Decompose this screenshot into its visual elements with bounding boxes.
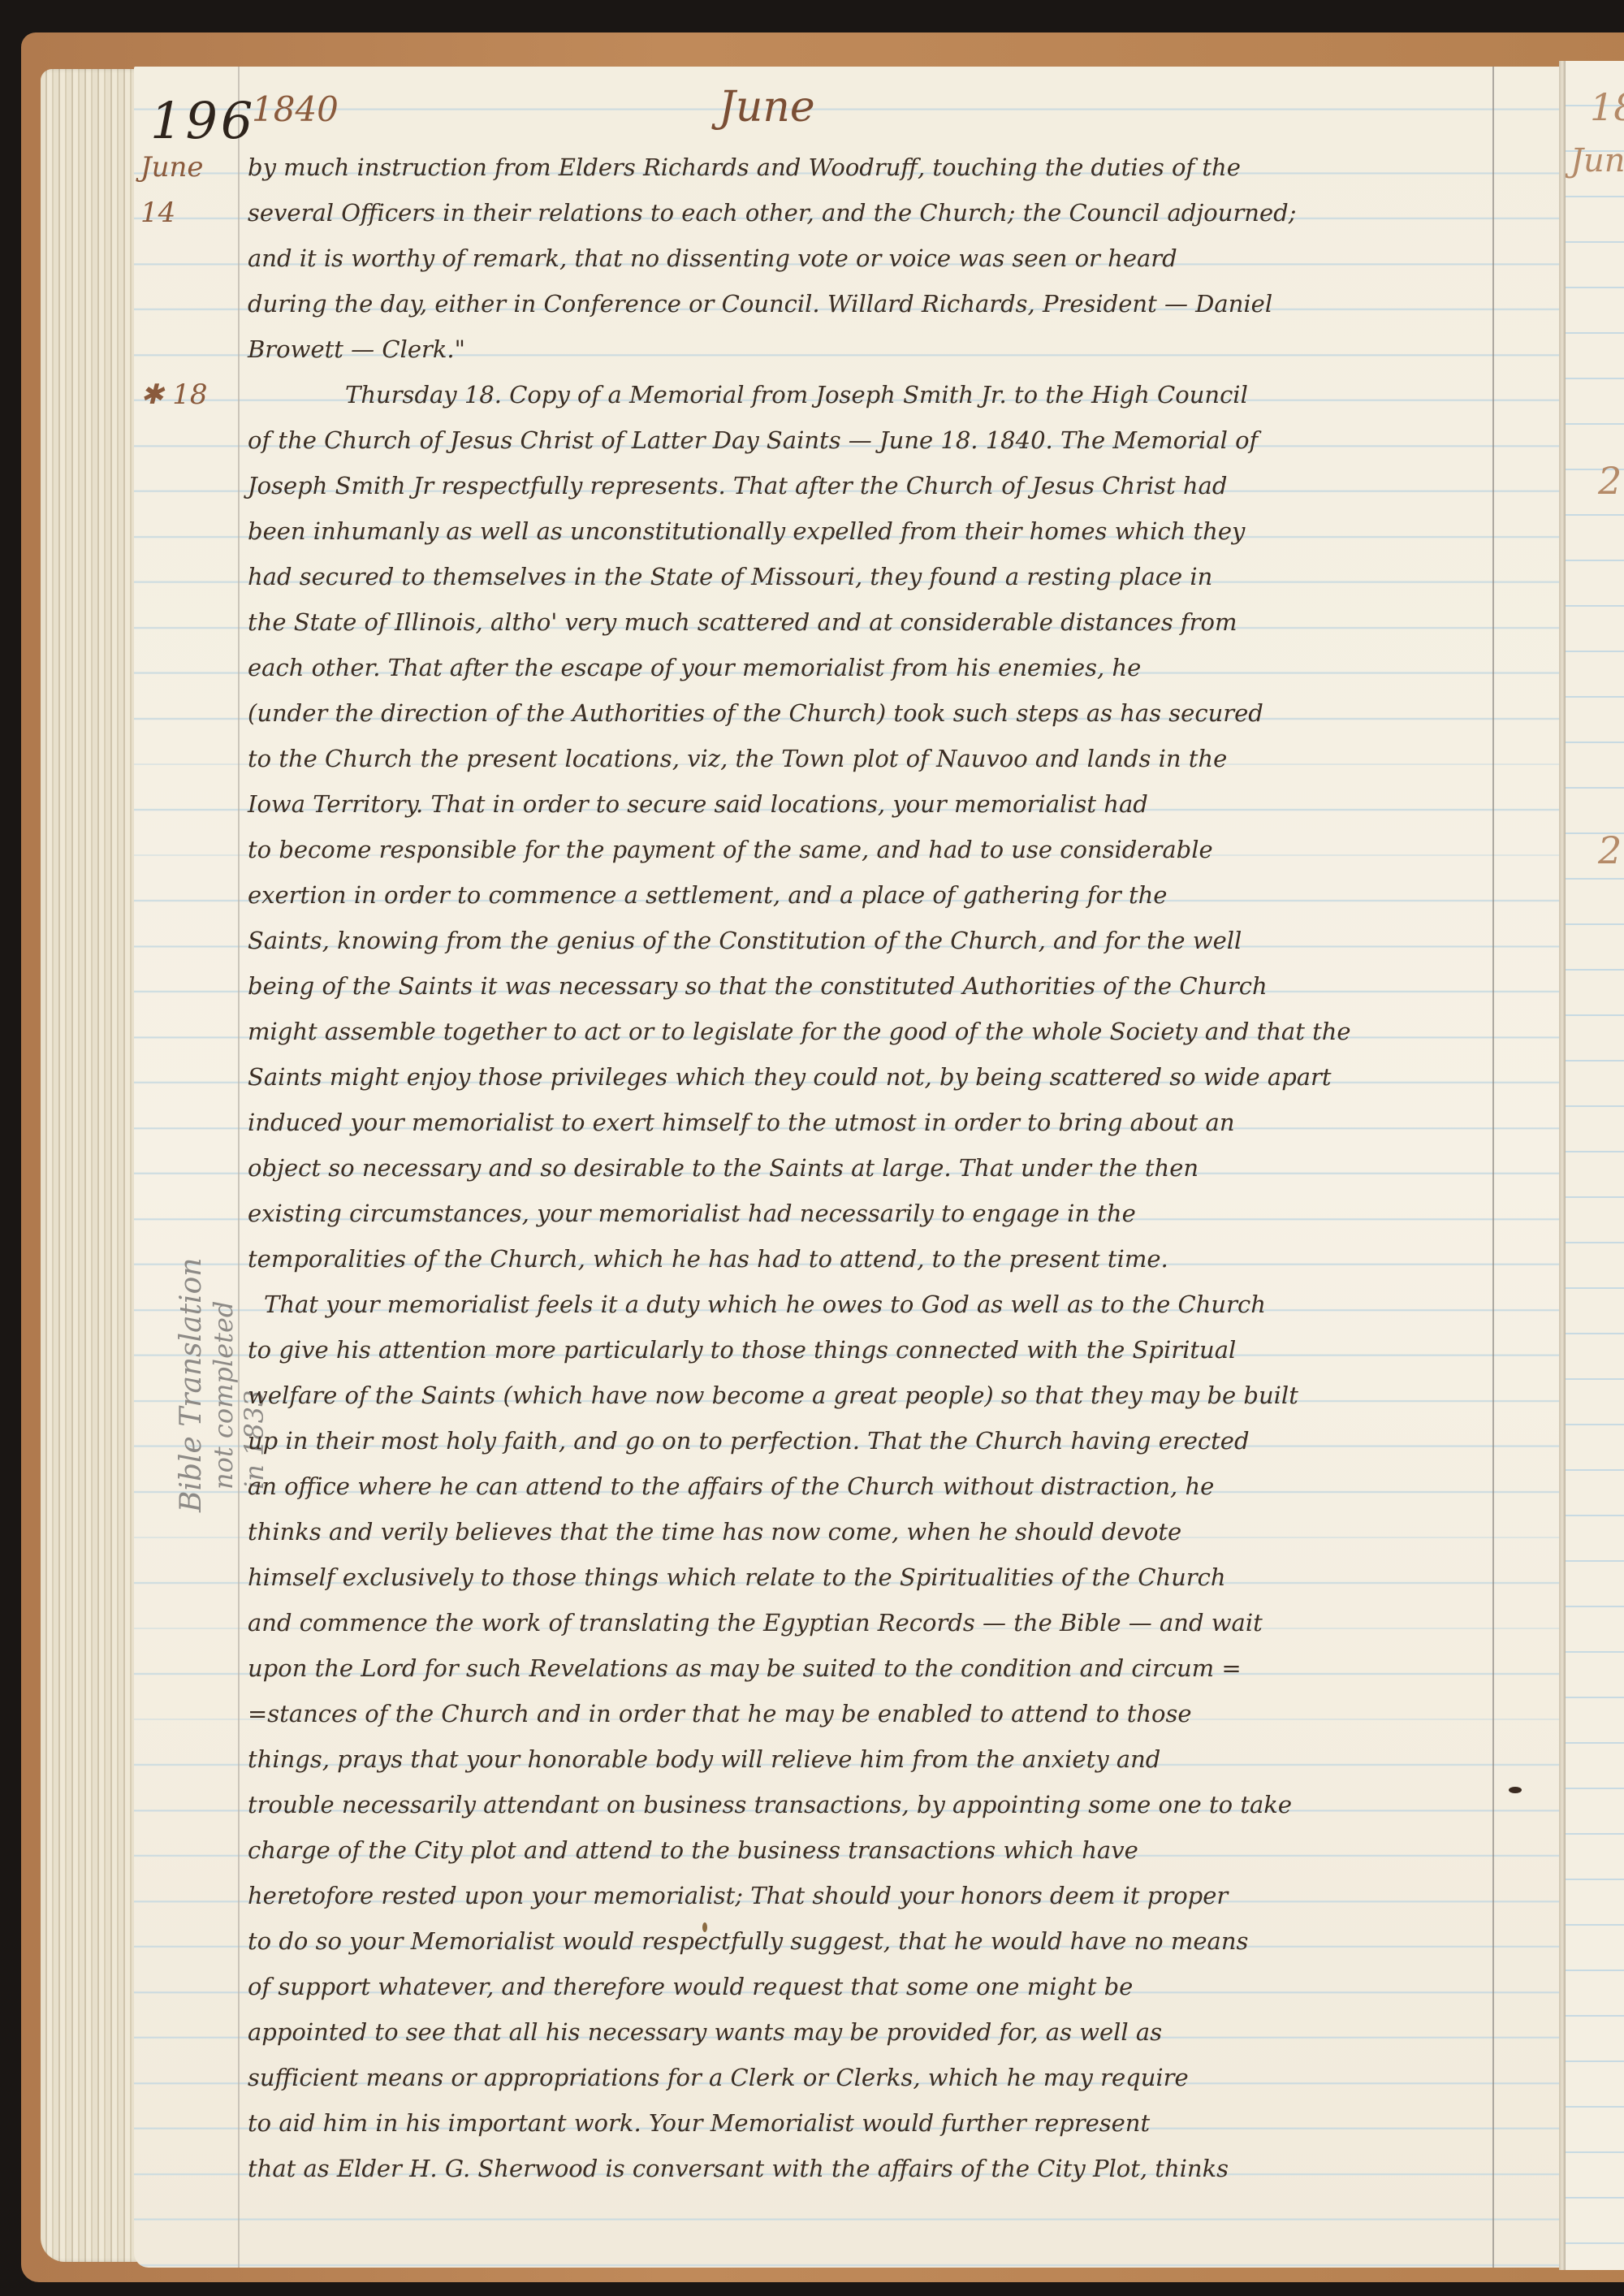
text-line: existing circumstances, your memorialist… <box>248 1191 1498 1236</box>
text-line: to do so your Memorialist would respectf… <box>248 1918 1498 1964</box>
text-line: Browett — Clerk." <box>248 326 1498 372</box>
page-gutter-fold <box>1559 61 1566 2270</box>
text-line: charge of the City plot and attend to th… <box>248 1827 1498 1873</box>
text-line: each other. That after the escape of you… <box>248 645 1498 690</box>
header-year: 1840 <box>252 89 339 129</box>
body-text: by much instruction from Elders Richards… <box>248 145 1498 2191</box>
text-line: exertion in order to commence a settleme… <box>248 872 1498 918</box>
ink-blot <box>1509 1787 1522 1793</box>
page-number: 196 <box>150 91 256 150</box>
text-line: had secured to themselves in the State o… <box>248 554 1498 599</box>
text-line: and commence the work of translating the… <box>248 1600 1498 1645</box>
pencil-annotation-line-1: Bible Translation <box>175 1258 208 1512</box>
text-line: Thursday 18. Copy of a Memorial from Jos… <box>248 372 1498 417</box>
text-line: by much instruction from Elders Richards… <box>248 145 1498 190</box>
text-line: being of the Saints it was necessary so … <box>248 963 1498 1009</box>
text-line: and it is worthy of remark, that no diss… <box>248 236 1498 281</box>
facing-page-month-fragment: June <box>1570 142 1624 179</box>
text-line: during the day, either in Conference or … <box>248 281 1498 326</box>
text-line: to aid him in his important work. Your M… <box>248 2100 1498 2146</box>
pencil-annotation-line-2: not completed <box>208 1258 239 1512</box>
text-line: of support whatever, and therefore would… <box>248 1964 1498 2009</box>
text-line: induced your memorialist to exert himsel… <box>248 1100 1498 1145</box>
left-margin-rule <box>238 67 240 2268</box>
text-line: the State of Illinois, altho' very much … <box>248 599 1498 645</box>
facing-page-year-fragment: 18 <box>1590 85 1624 129</box>
text-line: Saints, knowing from the genius of the C… <box>248 918 1498 963</box>
text-line: of the Church of Jesus Christ of Latter … <box>248 417 1498 463</box>
text-line: Joseph Smith Jr respectfully represents.… <box>248 463 1498 508</box>
text-line: an office where he can attend to the aff… <box>248 1464 1498 1509</box>
margin-date-june-14: June 14 <box>140 145 236 236</box>
text-line: appointed to see that all his necessary … <box>248 2009 1498 2055</box>
text-line: several Officers in their relations to e… <box>248 190 1498 236</box>
text-line: Saints might enjoy those privileges whic… <box>248 1054 1498 1100</box>
text-line: (under the direction of the Authorities … <box>248 690 1498 736</box>
text-line: up in their most holy faith, and go on t… <box>248 1418 1498 1464</box>
text-line: to become responsible for the payment of… <box>248 827 1498 872</box>
ink-spot <box>702 1922 707 1932</box>
facing-page-date-fragment: 2 <box>1598 459 1622 503</box>
header-month: June <box>719 83 815 132</box>
text-line: heretofore rested upon your memorialist;… <box>248 1873 1498 1918</box>
text-line: temporalities of the Church, which he ha… <box>248 1236 1498 1282</box>
text-line: =stances of the Church and in order that… <box>248 1691 1498 1736</box>
facing-page-edge: 18 June 2 2 <box>1566 61 1624 2270</box>
text-line: things, prays that your honorable body w… <box>248 1736 1498 1782</box>
text-line: trouble necessarily attendant on busines… <box>248 1782 1498 1827</box>
text-line: himself exclusively to those things whic… <box>248 1554 1498 1600</box>
text-line: to give his attention more particularly … <box>248 1327 1498 1373</box>
text-line: upon the Lord for such Revelations as ma… <box>248 1645 1498 1691</box>
margin-date-18: ✱ 18 <box>140 372 236 417</box>
text-line: object so necessary and so desirable to … <box>248 1145 1498 1191</box>
text-line: sufficient means or appropriations for a… <box>248 2055 1498 2100</box>
manuscript-page: 196 1840 June June 14 ✱ 18 Bible Transla… <box>134 67 1563 2268</box>
text-line: that as Elder H. G. Sherwood is conversa… <box>248 2146 1498 2191</box>
text-line: welfare of the Saints (which have now be… <box>248 1373 1498 1418</box>
text-line: might assemble together to act or to leg… <box>248 1009 1498 1054</box>
text-line: been inhumanly as well as unconstitution… <box>248 508 1498 554</box>
text-line: Iowa Territory. That in order to secure … <box>248 781 1498 827</box>
page-edges-stack <box>41 69 146 2262</box>
facing-page-date-fragment: 2 <box>1598 828 1622 872</box>
text-line: That your memorialist feels it a duty wh… <box>248 1282 1498 1327</box>
text-line: thinks and verily believes that the time… <box>248 1509 1498 1554</box>
text-line: to the Church the present locations, viz… <box>248 736 1498 781</box>
